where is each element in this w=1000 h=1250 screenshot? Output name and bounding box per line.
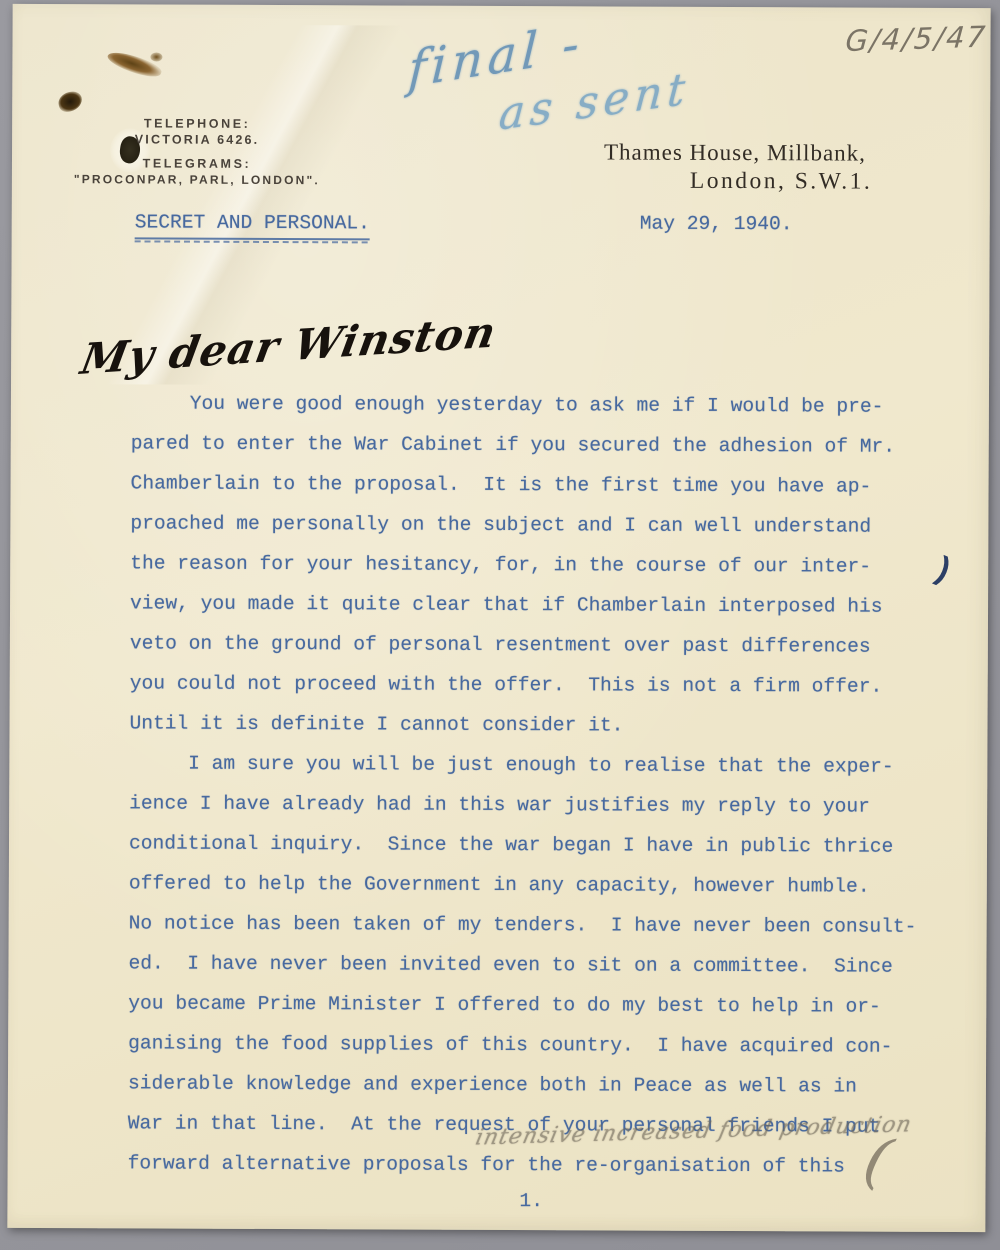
- foxing-spot: [150, 52, 162, 61]
- scan-background: G/4/5/47 final - as sent TELEPHONE: VICT…: [0, 0, 1000, 1250]
- letter-line: forward alternative proposals for the re…: [128, 1143, 968, 1187]
- letter-line: offered to help the Government in any ca…: [129, 863, 969, 907]
- letter-line: ience I have already had in this war jus…: [129, 783, 969, 827]
- foxing-stain: [105, 47, 163, 81]
- letter-line: veto on the ground of personal resentmen…: [130, 623, 970, 667]
- letter-line: Chamberlain to the proposal. It is the f…: [130, 463, 970, 507]
- letter-line: you became Prime Minister I offered to d…: [128, 983, 968, 1027]
- telegrams-label: TELEGRAMS:: [72, 155, 322, 172]
- letter-line: No notice has been taken of my tenders. …: [129, 903, 969, 947]
- telephone-number: VICTORIA 6426.: [72, 131, 322, 148]
- burn-spot: [56, 89, 84, 113]
- telegrams-address: "PROCONPAR, PARL, LONDON".: [57, 171, 337, 188]
- letter-body: You were good enough yesterday to ask me…: [128, 383, 971, 1187]
- letter-line: ed. I have never been invited even to si…: [128, 943, 968, 987]
- letter-line: proached me personally on the subject an…: [130, 503, 970, 547]
- letter-line: conditional inquiry. Since the war began…: [129, 823, 969, 867]
- letterhead-contact-block: TELEPHONE: VICTORIA 6426. TELEGRAMS: "PR…: [72, 115, 322, 188]
- page-number: 1.: [519, 1190, 543, 1212]
- letterhead-address-line1: Thames House, Millbank,: [604, 139, 866, 166]
- letter-line: You were good enough yesterday to ask me…: [131, 383, 971, 427]
- handwritten-salutation: My dear Winston: [77, 307, 500, 384]
- letter-line: siderable knowledge and experience both …: [128, 1063, 968, 1107]
- letter-line: the reason for your hesitancy, for, in t…: [130, 543, 970, 587]
- telephone-label: TELEPHONE:: [72, 115, 322, 132]
- reference-number-pencil: G/4/5/47: [844, 20, 988, 58]
- letter-date: May 29, 1940.: [640, 213, 793, 236]
- letter-line: you could not proceed with the offer. Th…: [130, 663, 970, 707]
- letter-line: view, you made it quite clear that if Ch…: [130, 583, 970, 627]
- letter-line: ganising the food supplies of this count…: [128, 1023, 968, 1067]
- letter-line: Until it is definite I cannot consider i…: [129, 703, 969, 747]
- letter-line: pared to enter the War Cabinet if you se…: [131, 423, 971, 467]
- letterhead-address-line2: London, S.W.1.: [690, 168, 872, 196]
- classification-heading: SECRET AND PERSONAL.: [135, 209, 370, 240]
- letter-paper: G/4/5/47 final - as sent TELEPHONE: VICT…: [7, 4, 990, 1232]
- letter-line: I am sure you will be just enough to rea…: [129, 743, 969, 787]
